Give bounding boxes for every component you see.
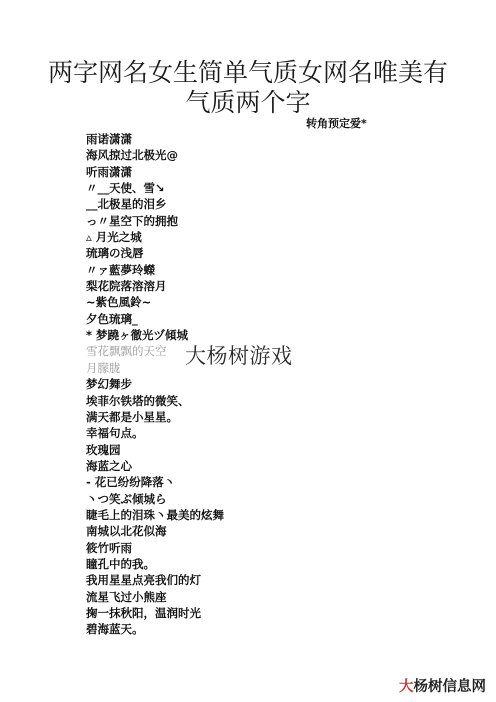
list-item: 琉璃の浅唇 <box>86 245 224 261</box>
document-title: 两字网名女生简单气质女网名唯美有气质两个字 <box>40 58 456 118</box>
watermark-center: 大杨树游戏 <box>185 343 293 369</box>
list-item: 满天都是小星星。 <box>86 409 224 425</box>
list-item: 听雨潇潇 <box>86 164 224 180</box>
list-item: 幸福句点。 <box>86 425 224 441</box>
list-item: 丶つ笑ぶ倾城ら <box>86 491 224 507</box>
list-item: 碧海蓝天。 <box>86 621 224 637</box>
list-item: 睫毛上的泪珠丶最美的炫舞 <box>86 507 224 523</box>
list-item: 梦幻舞步 <box>86 376 224 392</box>
list-item: 瞳孔中的我。 <box>86 556 224 572</box>
watermark-corner-logo: 大杨树信息网 <box>399 678 486 696</box>
list-item: 雨诺潇潇 <box>86 131 224 147</box>
list-item: 我用星星点亮我们的灯 <box>86 572 224 588</box>
list-item: ▵ 月光之城 <box>86 229 224 245</box>
list-item: 掬一抹秋阳，温润时光 <box>86 605 224 621</box>
list-item: っ〃星空下的拥抱 <box>86 213 224 229</box>
list-item: 玫瑰园 <box>86 442 224 458</box>
watermark-corner-text: 杨树信息网 <box>414 679 487 695</box>
list-item: 〃__天使、雪↘ <box>86 180 224 196</box>
author-name: 转角预定爱* <box>306 117 367 131</box>
list-item: - 花已纷纷降落丶 <box>86 474 224 490</box>
list-item: 埃菲尔铁塔的微笑、 <box>86 393 224 409</box>
list-item: 流星飞过小熊座 <box>86 589 224 605</box>
document-page: 两字网名女生简单气质女网名唯美有气质两个字 转角预定爱* 雨诺潇潇海风掠过北极光… <box>0 0 496 702</box>
list-item: * 梦蹺ヶ徹光ヅ傾城 <box>86 327 224 343</box>
list-item: 南城以北花似海 <box>86 523 224 539</box>
list-item: 〃ァ藍夢玲蠑 <box>86 262 224 278</box>
list-item: 海风掠过北极光@ <box>86 147 224 163</box>
name-list: 雨诺潇潇海风掠过北极光@听雨潇潇〃__天使、雪↘__北极星的泪乡っ〃星空下的拥抱… <box>86 131 224 638</box>
list-item: 夕色琉璃_ <box>86 311 224 327</box>
list-item: ~紫色風鈴~ <box>86 294 224 310</box>
list-item: 筱竹听雨 <box>86 540 224 556</box>
list-item: __北极星的泪乡 <box>86 196 224 212</box>
list-item: 海蓝之心 <box>86 458 224 474</box>
watermark-corner-accent: 大 <box>399 679 414 695</box>
list-item: 梨花院落溶溶月 <box>86 278 224 294</box>
